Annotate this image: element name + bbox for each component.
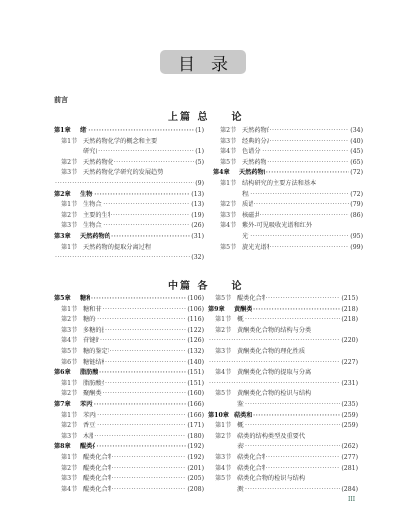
dot-leader (97, 411, 186, 422)
entry-number: 第5节 (215, 474, 237, 485)
entry-title: 天然药物化学研究的发展趋势 (83, 168, 163, 179)
entry-title: 萜类化合物的提取分离 (237, 464, 265, 475)
toc-column-middle-right: 第5节醌类化合物的生物活性(215)第9章黄酮类化合物(218)第1节概述(21… (208, 294, 358, 495)
page-ref: (26) (191, 221, 204, 232)
dot-leader (94, 432, 186, 443)
page-ref: (205) (187, 474, 204, 485)
entry-title: 糖和苷的分类 (83, 305, 102, 316)
page-ref: (5) (195, 158, 204, 169)
entry-title: 黄酮类化合物的检识与结构 (237, 389, 311, 400)
entry-title: 天然药物的结构研究 (239, 168, 265, 179)
toc-chapter-entry[interactable]: 第8章醌类化合物(192) (54, 442, 204, 453)
page-ref: (40) (350, 137, 363, 148)
title-char-2: 录 (211, 50, 228, 75)
entry-number: 第3节 (220, 137, 242, 148)
dot-leader (245, 400, 340, 411)
entry-number: 第3节 (215, 453, 237, 464)
entry-number: 第6节 (61, 358, 83, 369)
toc-section-entry[interactable]: 第3节天然药物化学研究的发展趋势 (54, 168, 204, 179)
entry-title: 苷键的裂解 (83, 336, 99, 347)
entry-number: 第4节 (215, 368, 237, 379)
entry-title: 木脂素 (83, 432, 93, 443)
page-ref: (160) (187, 389, 204, 400)
dot-leader (209, 379, 340, 390)
dot-leader (112, 453, 187, 464)
toc-column-middle-left: 第5章糖和苷(106)第1节糖和苷的分类(106)第2节糖的性质(116)第3节… (54, 294, 204, 495)
toc-section-entry[interactable]: 第1节生物合成概述(13) (54, 200, 204, 211)
entry-title: 天然药物的提取方法 (242, 126, 269, 137)
toc-section-entry[interactable]: 第3节醌类化合物的提取分离(205) (54, 474, 204, 485)
page-ref: (34) (350, 126, 363, 137)
toc-section-entry[interactable]: 第3节核磁共振谱(86) (213, 211, 363, 222)
entry-number: 第4节 (215, 464, 237, 475)
toc-section-entry[interactable]: (220) (208, 336, 358, 347)
entry-title: 黄酮类化合物 (234, 305, 252, 316)
page-ref: (284) (341, 485, 358, 496)
dot-leader (105, 326, 186, 337)
toc-chapter-entry[interactable]: 第9章黄酮类化合物(218) (208, 305, 358, 316)
toc-chapter-entry[interactable]: 第4章天然药物的结构研究(72) (213, 168, 363, 179)
dot-leader (103, 305, 187, 316)
entry-title: 测定 (237, 485, 244, 496)
dot-leader (253, 305, 340, 316)
entry-number: 第2节 (61, 315, 83, 326)
toc-section-entry[interactable]: 第3节木脂素(180) (54, 432, 204, 443)
entry-number: 第2节 (61, 464, 83, 475)
toc-section-entry[interactable]: 第2节糖的性质(116) (54, 315, 204, 326)
entry-number: 第8章 (54, 442, 80, 453)
toc-section-entry[interactable]: 第1节天然药物的提取分离过程 (54, 243, 204, 254)
entry-title: 天然药物化学发展概况 (83, 158, 113, 169)
dot-leader (112, 464, 187, 475)
page-ref: (151) (187, 368, 204, 379)
entry-title: 色谱分离方法 (242, 147, 261, 158)
dot-leader (209, 358, 340, 369)
entry-title: 醌类化合物的结构测定 (83, 485, 111, 496)
entry-title: 表物 (237, 442, 244, 453)
toc-section-entry[interactable]: 第1节结构研究的主要方法和基本 (213, 179, 363, 190)
dot-leader (91, 294, 187, 305)
entry-number: 第2章 (54, 190, 80, 201)
toc-section-entry[interactable]: 第5节黄酮类化合物的检识与结构 (208, 389, 358, 400)
dot-leader (97, 315, 186, 326)
page-ref: (180) (187, 432, 204, 443)
toc-section-entry[interactable]: 第5节醌类化合物的生物活性(215) (208, 294, 358, 305)
dot-leader (105, 379, 186, 390)
dot-leader (110, 347, 187, 358)
entry-title: 结构研究的主要方法和基本 (242, 179, 316, 190)
entry-title: 糖的性质 (83, 315, 96, 326)
dot-leader (94, 190, 190, 201)
entry-number: 第2节 (215, 432, 237, 443)
entry-number: 第3节 (61, 432, 83, 443)
entry-title: 生物合成 (80, 190, 93, 201)
entry-number: 第5节 (215, 294, 237, 305)
page-ref: (259) (341, 421, 358, 432)
part-heading-upper: 上篇 总论 (168, 108, 243, 123)
dot-leader (114, 158, 195, 169)
entry-number: 第1节 (215, 315, 237, 326)
entry-title: 程序 (242, 190, 249, 201)
dot-leader (103, 389, 187, 400)
entry-title: 黄酮类化合物的结构与分类 (237, 326, 311, 337)
entry-title: 香豆素类 (83, 421, 96, 432)
page-ref: (72) (350, 168, 363, 179)
toc-section-entry[interactable]: 鉴定(235) (208, 400, 358, 411)
entry-number: 第3节 (61, 168, 83, 179)
entry-number: 第4章 (213, 168, 239, 179)
entry-number: 第1节 (61, 200, 83, 211)
dot-leader (266, 453, 341, 464)
entry-number: 第2节 (220, 126, 242, 137)
part-heading-middle: 中篇 各论 (168, 277, 243, 292)
page-ref: (171) (187, 421, 204, 432)
toc-section-entry[interactable]: 第2节主要的生物合成途径(19) (54, 211, 204, 222)
dot-leader (55, 253, 190, 264)
entry-title: 光谱 (242, 232, 249, 243)
entry-title: 研究内容 (83, 147, 97, 158)
dot-leader (266, 294, 341, 305)
toc-section-entry[interactable]: 研究内容(1) (54, 147, 204, 158)
entry-title: 醌类化合物的生物活性 (237, 294, 265, 305)
dot-leader (262, 147, 349, 158)
dot-leader (270, 243, 350, 254)
page-ref: (32) (191, 253, 204, 264)
page-ref: (215) (341, 294, 358, 305)
part-label: 论 (231, 281, 243, 292)
dot-leader (266, 168, 350, 179)
page-ref: (116) (187, 315, 204, 326)
dot-leader (267, 158, 349, 169)
entry-title: 黄酮类化合物的理化性质 (237, 347, 305, 358)
toc-section-entry[interactable]: 第1节糖和苷的分类(106) (54, 305, 204, 316)
page-ref: (166) (187, 400, 204, 411)
entry-number: 第5节 (215, 389, 237, 400)
toc-section-entry[interactable]: 第1节概述(218) (208, 315, 358, 326)
dot-leader (245, 315, 340, 326)
page-ref: (262) (341, 442, 358, 453)
toc-section-entry[interactable]: (231) (208, 379, 358, 390)
toc-column-upper-right: 第2节天然药物的提取方法(34)第3节经典的分离纯化方法(40)第4节色谱分离方… (213, 126, 363, 253)
toc-section-entry[interactable]: (32) (54, 253, 204, 264)
page-ref: (86) (350, 211, 363, 222)
entry-title: 生物合成实例 (83, 221, 102, 232)
entry-title: 绪论 (80, 126, 87, 137)
dot-leader (112, 474, 187, 485)
entry-number: 第1节 (61, 453, 83, 464)
entry-title: 苯丙酸类 (83, 411, 96, 422)
page-ref: (227) (341, 358, 358, 369)
toc-chapter-entry[interactable]: 第7章苯丙素类(166) (54, 400, 204, 411)
entry-number: 第4节 (220, 147, 242, 158)
toc-section-entry[interactable]: (9) (54, 179, 204, 190)
entry-title: 苯丙素类 (80, 400, 93, 411)
entry-title: 生物合成概述 (83, 200, 102, 211)
entry-number: 第1节 (215, 421, 237, 432)
entry-number: 第2节 (61, 389, 83, 400)
toc-section-entry[interactable]: 第2节萜类的结构类型及重要代 (208, 432, 358, 443)
toc-chapter-entry[interactable]: 第1章绪论(1) (54, 126, 204, 137)
page-ref: (231) (341, 379, 358, 390)
toc-section-entry[interactable]: 第3节多糖的提取分离(122) (54, 326, 204, 337)
entry-number: 第9章 (208, 305, 234, 316)
part-label: 论 (231, 112, 243, 123)
dot-leader (103, 221, 190, 232)
entry-number: 第4节 (61, 336, 83, 347)
entry-title: 脂肪酸类化合物 (83, 379, 104, 390)
page-ref: (99) (350, 243, 363, 254)
dot-leader (266, 464, 341, 475)
entry-title: 鉴定 (237, 400, 244, 411)
page-ref: (95) (350, 232, 363, 243)
toc-section-entry[interactable]: 第1节脂肪酸类化合物(151) (54, 379, 204, 390)
entry-title: 醌类化合物 (80, 442, 95, 453)
entry-title: 天然药物化学的概念和主要 (83, 137, 157, 148)
dot-leader (250, 232, 349, 243)
page-ref: (79) (350, 200, 363, 211)
dot-leader (270, 137, 350, 148)
toc-section-entry[interactable]: 第5节萜类化合物的检识与结构 (208, 474, 358, 485)
toc-section-entry[interactable]: 第5节天然药物分离策略(65) (213, 158, 363, 169)
entry-number: 第1节 (61, 243, 83, 254)
entry-title: 萜类化合物的理化性质 (237, 453, 265, 464)
dot-leader (105, 358, 186, 369)
toc-section-entry[interactable]: 第6节糖链结构的测定(140) (54, 358, 204, 369)
entry-number: 第4节 (61, 485, 83, 496)
entry-number: 第3节 (61, 326, 83, 337)
page-ref: (192) (187, 442, 204, 453)
dot-leader (209, 336, 340, 347)
dot-leader (245, 421, 340, 432)
toc-section-entry[interactable]: 第4节色谱分离方法(45) (213, 147, 363, 158)
toc-section-entry[interactable]: 第2节天然药物的提取方法(34) (213, 126, 363, 137)
dot-leader (88, 126, 194, 137)
toc-section-entry[interactable]: 第5节旋光光谱和圆二色谱(99) (213, 243, 363, 254)
toc-section-entry[interactable]: 第1节概述(259) (208, 421, 358, 432)
entry-number: 第5节 (220, 243, 242, 254)
page-ref: (281) (341, 464, 358, 475)
dot-leader (270, 126, 350, 137)
toc-column-upper-left: 第1章绪论(1)第1节天然药物化学的概念和主要研究内容(1)第2节天然药物化学发… (54, 126, 204, 264)
toc-section-entry[interactable]: 第2节醌类化合物的理化性质(201) (54, 464, 204, 475)
toc-section-entry[interactable]: 第4节黄酮类化合物的提取与分离 (208, 368, 358, 379)
entry-title: 天然药物的提取分离方法 (80, 232, 110, 243)
page-ref: (106) (187, 294, 204, 305)
entry-title: 醌类化合物的结构类型 (83, 453, 111, 464)
entry-number: 第7章 (54, 400, 80, 411)
toc-section-entry[interactable]: 测定(284) (208, 485, 358, 496)
entry-title: 萜类化合物的检识与结构 (237, 474, 305, 485)
entry-title: 萜类的结构类型及重要代 (237, 432, 305, 443)
dot-leader (96, 442, 186, 453)
dot-leader (112, 485, 187, 496)
dot-leader (97, 421, 186, 432)
entry-number: 第1节 (61, 411, 83, 422)
dot-leader (94, 400, 187, 411)
toc-chapter-entry[interactable]: 第3章天然药物的提取分离方法(31) (54, 232, 204, 243)
dot-leader (111, 232, 190, 243)
entry-number: 第2节 (61, 158, 83, 169)
page-ref: (19) (191, 211, 204, 222)
page-ref: (151) (187, 379, 204, 390)
page-ref: (208) (187, 485, 204, 496)
page-ref: (126) (187, 336, 204, 347)
page-ref: (72) (350, 190, 363, 201)
page-ref: (13) (191, 190, 204, 201)
entry-number: 第3节 (220, 211, 242, 222)
toc-section-entry[interactable]: 第3节生物合成实例(26) (54, 221, 204, 232)
part-label: 上篇 (168, 112, 192, 123)
part-label: 总 (197, 112, 209, 123)
preface-link[interactable]: 前言 (54, 95, 68, 105)
entry-number: 第1节 (61, 379, 83, 390)
page-ref: (31) (191, 232, 204, 243)
toc-section-entry[interactable]: 第2节质谱法(79) (213, 200, 363, 211)
entry-number: 第5章 (54, 294, 80, 305)
entry-number: 第10章 (208, 411, 234, 422)
entry-title: 核磁共振谱 (242, 211, 259, 222)
dot-leader (254, 200, 350, 211)
entry-number: 第2节 (220, 200, 242, 211)
entry-title: 醌类化合物的提取分离 (83, 474, 111, 485)
toc-section-entry[interactable]: 第1节天然药物化学的概念和主要 (54, 137, 204, 148)
entry-number: 第3节 (215, 347, 237, 358)
dot-leader (250, 190, 349, 201)
title-char-1: 目 (178, 50, 195, 75)
page-ref: (277) (341, 453, 358, 464)
page-ref: (192) (187, 453, 204, 464)
toc-section-entry[interactable]: 第1节苯丙酸类(166) (54, 411, 204, 422)
page-ref: (218) (341, 315, 358, 326)
dot-leader (55, 179, 194, 190)
entry-title: 醌类化合物的理化性质 (83, 464, 111, 475)
page-ref: (65) (350, 158, 363, 169)
page-ref: (166) (187, 411, 204, 422)
dot-leader (260, 211, 350, 222)
page-ref: (122) (187, 326, 204, 337)
entry-title: 糖和苷 (80, 294, 90, 305)
toc-section-entry[interactable]: 第3节萜类化合物的理化性质(277) (208, 453, 358, 464)
entry-number: 第2节 (215, 326, 237, 337)
page-ref: (13) (191, 200, 204, 211)
entry-title: 经典的分离纯化方法 (242, 137, 269, 148)
toc-section-entry[interactable]: 第2节黄酮类化合物的结构与分类 (208, 326, 358, 337)
entry-number: 第1节 (220, 179, 242, 190)
page-ref: (218) (341, 305, 358, 316)
entry-title: 天然药物分离策略 (242, 158, 266, 169)
toc-section-entry[interactable]: 第4节紫外-可见吸收光谱和红外 (213, 221, 363, 232)
page-ref: (1) (195, 126, 204, 137)
entry-number: 第1节 (61, 137, 83, 148)
page-ref: (106) (187, 305, 204, 316)
entry-title: 天然药物的提取分离过程 (83, 243, 151, 254)
entry-title: 概述 (237, 421, 244, 432)
entry-number: 第1章 (54, 126, 80, 137)
entry-title: 糖链结构的测定 (83, 358, 104, 369)
entry-title: 萜类和挥发油 (234, 411, 252, 422)
toc-section-entry[interactable]: 第1节醌类化合物的结构类型(192) (54, 453, 204, 464)
page-ref: (220) (341, 336, 358, 347)
toc-section-entry[interactable]: 第3节经典的分离纯化方法(40) (213, 137, 363, 148)
page-ref: (259) (341, 411, 358, 422)
toc-chapter-entry[interactable]: 第5章糖和苷(106) (54, 294, 204, 305)
page-ref: (1) (195, 147, 204, 158)
toc-section-entry[interactable]: 第3节黄酮类化合物的理化性质 (208, 347, 358, 358)
page-ref: (140) (187, 358, 204, 369)
entry-title: 质谱法 (242, 200, 253, 211)
page-ref: (45) (350, 147, 363, 158)
toc-section-entry[interactable]: 程序(72) (213, 190, 363, 201)
entry-number: 第3节 (61, 474, 83, 485)
entry-number: 第3节 (61, 221, 83, 232)
toc-section-entry[interactable]: 第4节醌类化合物的结构测定(208) (54, 485, 204, 496)
page-ref: (201) (187, 464, 204, 475)
page-ref: (235) (341, 400, 358, 411)
entry-number: 第5节 (220, 158, 242, 169)
entry-title: 旋光光谱和圆二色谱 (242, 243, 269, 254)
dot-leader (99, 368, 186, 379)
toc-section-entry[interactable]: 第4节苷键的裂解(126) (54, 336, 204, 347)
part-label: 各 (197, 281, 209, 292)
toc-chapter-entry[interactable]: 第6章脂肪酸与聚酮(151) (54, 368, 204, 379)
dot-leader (245, 485, 340, 496)
toc-section-entry[interactable]: (227) (208, 358, 358, 369)
toc-chapter-entry[interactable]: 第10章萜类和挥发油(259) (208, 411, 358, 422)
entry-title: 脂肪酸与聚酮 (80, 368, 98, 379)
entry-title: 黄酮类化合物的提取与分离 (237, 368, 311, 379)
toc-section-entry[interactable]: 第2节聚酮类化合物(160) (54, 389, 204, 400)
entry-title: 紫外-可见吸收光谱和红外 (242, 221, 312, 232)
entry-number: 第3章 (54, 232, 80, 243)
page-number: III (348, 496, 355, 503)
toc-section-entry[interactable]: 第4节萜类化合物的提取分离(281) (208, 464, 358, 475)
part-label: 中篇 (168, 281, 192, 292)
entry-title: 多糖的提取分离 (83, 326, 104, 337)
toc-title: 目 录 (160, 50, 246, 74)
entry-title: 主要的生物合成途径 (83, 211, 110, 222)
toc-chapter-entry[interactable]: 第2章生物合成(13) (54, 190, 204, 201)
entry-number: 第6章 (54, 368, 80, 379)
dot-leader (253, 411, 340, 422)
entry-number: 第4节 (220, 221, 242, 232)
dot-leader (103, 200, 190, 211)
entry-number: 第2节 (61, 211, 83, 222)
dot-leader (245, 442, 340, 453)
page-ref: (9) (195, 179, 204, 190)
entry-number: 第2节 (61, 421, 83, 432)
dot-leader (100, 336, 186, 347)
dot-leader (111, 211, 191, 222)
toc-section-entry[interactable]: 光谱(95) (213, 232, 363, 243)
dot-leader (98, 147, 194, 158)
entry-title: 概述 (237, 315, 244, 326)
page-ref: (132) (187, 347, 204, 358)
entry-title: 糖的鉴定和波谱特征 (83, 347, 109, 358)
entry-number: 第5节 (61, 347, 83, 358)
toc-section-entry[interactable]: 第2节天然药物化学发展概况(5) (54, 158, 204, 169)
toc-section-entry[interactable]: 第2节香豆素类(171) (54, 421, 204, 432)
entry-number: 第1节 (61, 305, 83, 316)
toc-section-entry[interactable]: 第5节糖的鉴定和波谱特征(132) (54, 347, 204, 358)
entry-title: 聚酮类化合物 (83, 389, 102, 400)
toc-section-entry[interactable]: 表物(262) (208, 442, 358, 453)
